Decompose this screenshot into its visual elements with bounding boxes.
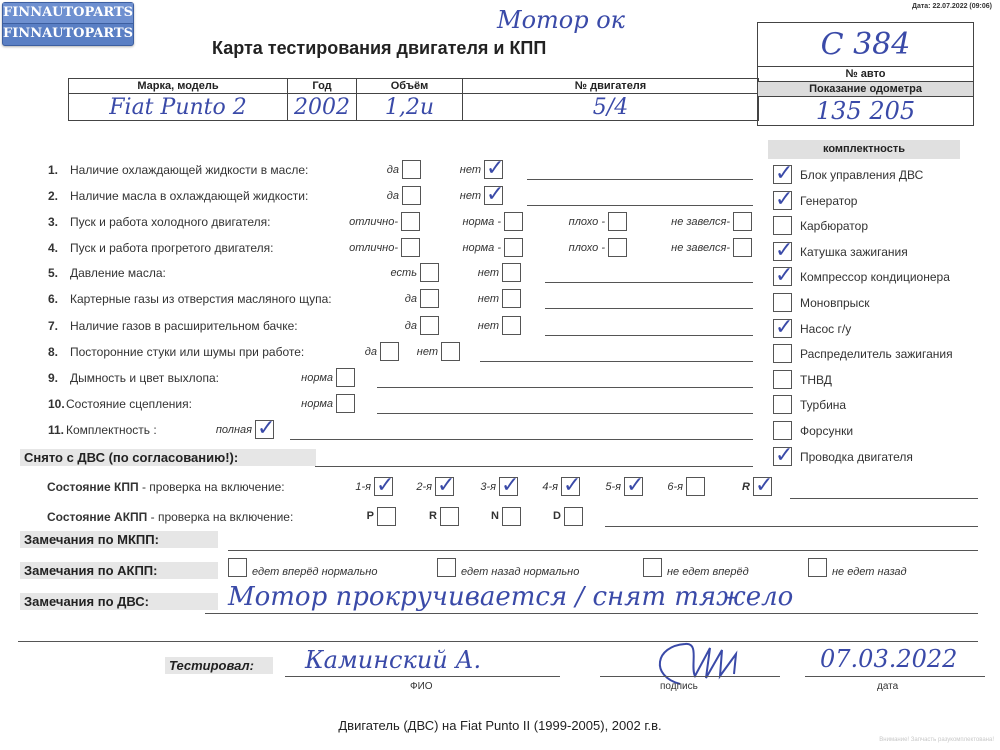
completeness-item-label: Проводка двигателя [800, 450, 913, 464]
gear-label: 4-я [542, 481, 558, 493]
option-checkbox[interactable] [336, 368, 355, 387]
auto-gearbox-line[interactable] [605, 526, 978, 527]
checkmark-icon: ✓ [775, 166, 793, 182]
option-label: да [387, 164, 399, 176]
question-text: Пуск и работа холодного двигателя: [70, 215, 270, 229]
comment-line[interactable] [480, 361, 753, 362]
completeness-checkbox[interactable] [773, 370, 792, 389]
question-number: 11. [48, 423, 64, 437]
completeness-checkbox[interactable] [773, 421, 792, 440]
option-label: да [365, 346, 377, 358]
question-text: Картерные газы из отверстия масляного щу… [70, 292, 332, 306]
akpp-option-label: едет назад нормально [461, 566, 579, 578]
option-label: нет [478, 267, 499, 279]
checkmark-icon: ✓ [563, 478, 581, 494]
question-text: Наличие газов в расширительном бачке: [70, 319, 298, 333]
handwritten-top-note: Мотор ок [497, 6, 625, 34]
year-value: 2002 [288, 94, 357, 121]
completeness-checkbox[interactable] [773, 293, 792, 312]
akpp-option-label: едет вперёд нормально [252, 566, 377, 578]
make-model-value: Fiat Punto 2 [69, 94, 288, 121]
checkmark-icon: ✓ [501, 478, 519, 494]
odometer-value: 135 205 [758, 97, 973, 125]
question-number: 9. [48, 371, 58, 385]
tested-name-line[interactable] [285, 676, 560, 677]
mode-label: N [491, 510, 499, 522]
gear-label: 5-я [605, 481, 621, 493]
brand-logo-line2: FINNAUTOPARTS [3, 24, 133, 44]
question-number: 3. [48, 215, 58, 229]
option-label: не завелся- [671, 216, 730, 228]
comment-line[interactable] [545, 308, 753, 309]
question-text: Комплектность : [66, 423, 157, 437]
odometer-label: Показание одометра [758, 82, 973, 97]
question-text: Дымность и цвет выхлопа: [70, 371, 219, 385]
tested-name-caption: ФИО [410, 681, 433, 692]
mode-checkbox[interactable] [377, 507, 396, 526]
option-checkbox[interactable] [504, 238, 523, 257]
checkmark-icon: ✓ [376, 478, 394, 494]
tested-name-value: Каминский А. [305, 646, 481, 674]
checkmark-icon: ✓ [775, 243, 793, 259]
option-label: норма - [462, 242, 501, 254]
gear-checkbox[interactable]: ✓ [374, 477, 393, 496]
completeness-checkbox[interactable] [773, 395, 792, 414]
question-text: Наличие масла в охлаждающей жидкости: [70, 189, 308, 203]
checkmark-icon: ✓ [626, 478, 644, 494]
question-number: 5. [48, 266, 58, 280]
option-label: нет [460, 164, 481, 176]
option-checkbox[interactable] [608, 212, 627, 231]
completeness-checkbox[interactable] [773, 344, 792, 363]
gear-checkbox[interactable]: ✓ [499, 477, 518, 496]
gear-checkbox[interactable]: ✓ [624, 477, 643, 496]
comment-line[interactable] [527, 205, 753, 206]
option-label: отлично- [349, 216, 398, 228]
mkpp-remarks-label: Замечания по МКПП: [20, 531, 218, 548]
option-label: нет [417, 346, 438, 358]
completeness-checkbox[interactable]: ✓ [773, 319, 792, 338]
date-stamp: Дата: 22.07.2022 (09:06) [912, 3, 992, 10]
completeness-item-label: Насос г/у [800, 322, 851, 336]
option-label: нет [478, 320, 499, 332]
comment-line[interactable] [377, 387, 753, 388]
question-number: 1. [48, 163, 58, 177]
option-checkbox[interactable] [401, 212, 420, 231]
option-checkbox[interactable] [380, 342, 399, 361]
car-number-label: № авто [758, 67, 973, 82]
comment-line[interactable] [527, 179, 753, 180]
brand-logo-line1: FINNAUTOPARTS [3, 3, 133, 24]
option-label: да [405, 320, 417, 332]
option-checkbox[interactable] [502, 289, 521, 308]
option-label: не завелся- [671, 242, 730, 254]
option-label: есть [391, 267, 417, 279]
option-checkbox[interactable] [420, 316, 439, 335]
option-label: отлично- [349, 242, 398, 254]
completeness-item-label: Распределитель зажигания [800, 347, 953, 361]
gear-label: 3-я [480, 481, 496, 493]
checkmark-icon: ✓ [257, 421, 275, 437]
mode-checkbox[interactable] [440, 507, 459, 526]
checkmark-icon: ✓ [775, 448, 793, 464]
gear-checkbox[interactable]: ✓ [753, 477, 772, 496]
completeness-checkbox[interactable]: ✓ [773, 267, 792, 286]
akpp-option-checkbox[interactable] [643, 558, 662, 577]
option-label: плохо - [569, 216, 605, 228]
car-info-box: С 384 № авто Показание одометра 135 205 [757, 22, 974, 126]
comment-line[interactable] [377, 413, 753, 414]
completeness-item-label: Генератор [800, 194, 857, 208]
checkmark-icon: ✓ [775, 192, 793, 208]
removed-line[interactable] [315, 466, 753, 467]
gear-label: 1-я [355, 481, 371, 493]
tested-date-value: 07.03.2022 [820, 645, 957, 673]
completeness-checkbox[interactable]: ✓ [773, 447, 792, 466]
akpp-option-checkbox[interactable] [437, 558, 456, 577]
option-checkbox[interactable] [502, 316, 521, 335]
checkmark-icon: ✓ [437, 478, 455, 494]
dvs-remarks-value: Мотор прокручивается / снят тяжело [228, 582, 793, 612]
mode-checkbox[interactable] [564, 507, 583, 526]
question-text: Пуск и работа прогретого двигателя: [70, 241, 274, 255]
image-caption: Двигатель (ДВС) на Fiat Punto II (1999-2… [0, 718, 1000, 733]
option-checkbox[interactable] [504, 212, 523, 231]
option-label: норма - [462, 216, 501, 228]
option-label: нет [460, 190, 481, 202]
completeness-item-label: Карбюратор [800, 219, 868, 233]
option-checkbox[interactable] [733, 238, 752, 257]
comment-line[interactable] [545, 282, 753, 283]
question-number: 7. [48, 319, 58, 333]
dvs-remarks-label: Замечания по ДВС: [20, 593, 218, 610]
completeness-item-label: Блок управления ДВС [800, 168, 923, 182]
completeness-checkbox[interactable]: ✓ [773, 242, 792, 261]
option-checkbox[interactable] [441, 342, 460, 361]
tested-date-caption: дата [877, 681, 898, 692]
option-checkbox[interactable] [336, 394, 355, 413]
mode-label: D [553, 510, 561, 522]
vehicle-table: Марка, модель Год Объём № двигателя Fiat… [68, 78, 759, 121]
completeness-item-label: Форсунки [800, 424, 853, 438]
akpp-option-label: не едет вперёд [667, 566, 749, 578]
akpp-option-checkbox[interactable] [228, 558, 247, 577]
signature-line[interactable] [600, 676, 780, 677]
completeness-checkbox[interactable] [773, 216, 792, 235]
volume-value: 1,2и [357, 94, 463, 121]
completeness-item-label: Турбина [800, 398, 846, 412]
auto-gearbox-label: Состояние АКПП - проверка на включение: [47, 510, 293, 524]
signature-caption: подпись [660, 681, 698, 692]
option-checkbox[interactable] [420, 263, 439, 282]
mode-label: R [429, 510, 437, 522]
removed-label: Снято с ДВС (по согласованию!): [20, 449, 316, 466]
question-number: 4. [48, 241, 58, 255]
option-label: плохо - [569, 242, 605, 254]
question-number: 6. [48, 292, 58, 306]
watermark: Внимание! Запчасть разукомплектована! [879, 737, 994, 743]
question-text: Состояние сцепления: [66, 397, 192, 411]
gear-checkbox[interactable] [686, 477, 705, 496]
dvs-remarks-line[interactable] [205, 613, 978, 614]
mode-checkbox[interactable] [502, 507, 521, 526]
col-make-model: Марка, модель [69, 79, 288, 94]
completeness-item-label: Компрессор кондиционера [800, 270, 950, 284]
question-number: 2. [48, 189, 58, 203]
option-checkbox[interactable] [402, 186, 421, 205]
completeness-item-label: ТНВД [800, 373, 832, 387]
question-number: 10. [48, 397, 65, 411]
brand-logo: FINNAUTOPARTS FINNAUTOPARTS [2, 2, 134, 46]
question-number: 8. [48, 345, 58, 359]
option-checkbox[interactable] [402, 160, 421, 179]
option-label: да [405, 293, 417, 305]
col-year: Год [288, 79, 357, 94]
akpp-remarks-label: Замечания по АКПП: [20, 562, 218, 579]
checkmark-icon: ✓ [486, 161, 504, 177]
comment-line[interactable] [290, 439, 753, 440]
gear-label: 2-я [416, 481, 432, 493]
comment-line[interactable] [545, 335, 753, 336]
checkmark-icon: ✓ [486, 187, 504, 203]
akpp-option-label: не едет назад [832, 566, 907, 578]
option-checkbox[interactable] [608, 238, 627, 257]
mode-label: P [367, 510, 374, 522]
gear-label: 6-я [667, 481, 683, 493]
option-checkbox[interactable] [502, 263, 521, 282]
option-checkbox[interactable] [401, 238, 420, 257]
question-text: Наличие охлаждающей жидкости в масле: [70, 163, 308, 177]
car-number-value: С 384 [758, 23, 973, 67]
gear-checkbox[interactable]: ✓ [561, 477, 580, 496]
tested-label: Тестировал: [165, 657, 273, 674]
question-text: Давление масла: [70, 266, 166, 280]
engine-number-value: 5/4 [463, 94, 759, 121]
gear-checkbox[interactable]: ✓ [435, 477, 454, 496]
page-title: Карта тестирования двигателя и КПП [212, 38, 546, 59]
option-label: да [387, 190, 399, 202]
col-volume: Объём [357, 79, 463, 94]
completeness-checkbox[interactable]: ✓ [773, 165, 792, 184]
option-label: норма [301, 372, 333, 384]
remarks-extra-line[interactable] [18, 641, 978, 642]
checkmark-icon: ✓ [775, 268, 793, 284]
question-text: Посторонние стуки или шумы при работе: [70, 345, 304, 359]
option-label: полная [216, 424, 252, 436]
checkmark-icon: ✓ [775, 320, 793, 336]
completeness-checkbox[interactable]: ✓ [773, 191, 792, 210]
col-engine-number: № двигателя [463, 79, 759, 94]
option-checkbox[interactable]: ✓ [484, 160, 503, 179]
manual-gearbox-label: Состояние КПП - проверка на включение: [47, 480, 285, 494]
checkmark-icon: ✓ [755, 478, 773, 494]
option-checkbox[interactable] [733, 212, 752, 231]
completeness-item-label: Моновпрыск [800, 296, 870, 310]
gear-label: R [742, 481, 750, 493]
option-label: норма [301, 398, 333, 410]
completeness-header: комплектность [768, 140, 960, 159]
option-checkbox[interactable] [420, 289, 439, 308]
completeness-item-label: Катушка зажигания [800, 245, 908, 259]
akpp-option-checkbox[interactable] [808, 558, 827, 577]
tested-date-line[interactable] [805, 676, 985, 677]
option-checkbox[interactable]: ✓ [255, 420, 274, 439]
option-label: нет [478, 293, 499, 305]
option-checkbox[interactable]: ✓ [484, 186, 503, 205]
manual-gearbox-line[interactable] [790, 498, 978, 499]
mkpp-remarks-line[interactable] [228, 550, 978, 551]
